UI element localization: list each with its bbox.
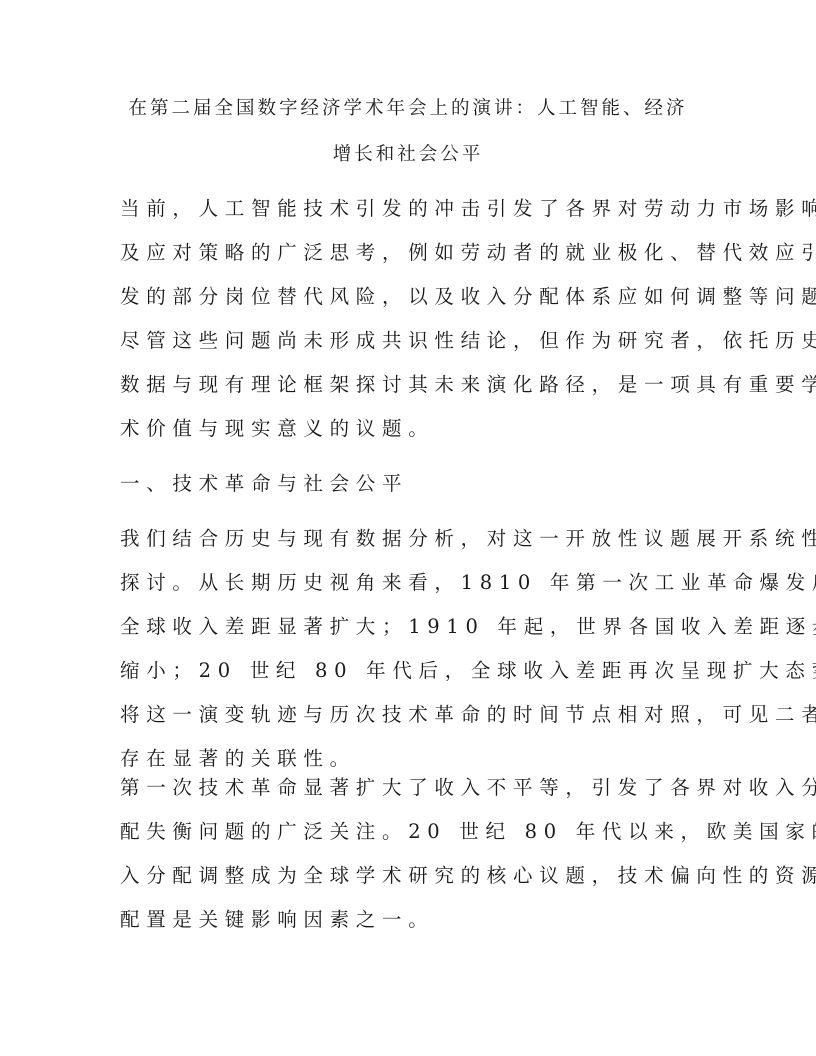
paragraph-3-line-4: 配置是关键影响因素之一。 xyxy=(120,908,434,932)
paragraph-3-line-1: 第一次技术革命显著扩大了收入不平等，引发了各界对收入分 xyxy=(120,776,816,800)
paragraph-2-line-3: 全球收入差距显著扩大；1910 年起，世界各国收入差距逐步 xyxy=(120,615,816,639)
paragraph-3-line-3: 入分配调整成为全球学术研究的核心议题，技术偏向性的资源 xyxy=(120,864,816,888)
paragraph-1-line-5: 数据与现有理论框架探讨其未来演化路径，是一项具有重要学 xyxy=(120,373,816,397)
paragraph-2-line-5: 将这一演变轨迹与历次技术革命的时间节点相对照，可见二者 xyxy=(120,703,816,727)
document-page: 在第二届全国数字经济学术年会上的演讲：人工智能、经济 增长和社会公平 当前，人工… xyxy=(0,0,816,1056)
paragraph-1-line-2: 及应对策略的广泛思考，例如劳动者的就业极化、替代效应引 xyxy=(120,241,816,265)
paragraph-1-line-6: 术价值与现实意义的议题。 xyxy=(120,417,434,441)
paragraph-2-line-2: 探讨。从长期历史视角来看，1810 年第一次工业革命爆发后， xyxy=(120,571,816,595)
paragraph-3-line-2: 配失衡问题的广泛关注。20 世纪 80 年代以来，欧美国家的收 xyxy=(120,820,816,844)
paragraph-1-line-1: 当前，人工智能技术引发的冲击引发了各界对劳动力市场影响 xyxy=(120,197,816,221)
paragraph-2-line-6: 存在显著的关联性。 xyxy=(120,747,356,771)
paragraph-2-line-4: 缩小；20 世纪 80 年代后，全球收入差距再次呈现扩大态势。 xyxy=(120,659,816,683)
document-title-line-1: 在第二届全国数字经济学术年会上的演讲：人工智能、经济 xyxy=(0,98,816,120)
paragraph-1-line-4: 尽管这些问题尚未形成共识性结论，但作为研究者，依托历史 xyxy=(120,329,816,353)
document-title-line-2: 增长和社会公平 xyxy=(0,144,816,166)
section-heading-1: 一、技术革命与社会公平 xyxy=(120,472,408,496)
paragraph-1-line-3: 发的部分岗位替代风险，以及收入分配体系应如何调整等问题。 xyxy=(120,285,816,309)
paragraph-2-line-1: 我们结合历史与现有数据分析，对这一开放性议题展开系统性 xyxy=(120,527,816,551)
